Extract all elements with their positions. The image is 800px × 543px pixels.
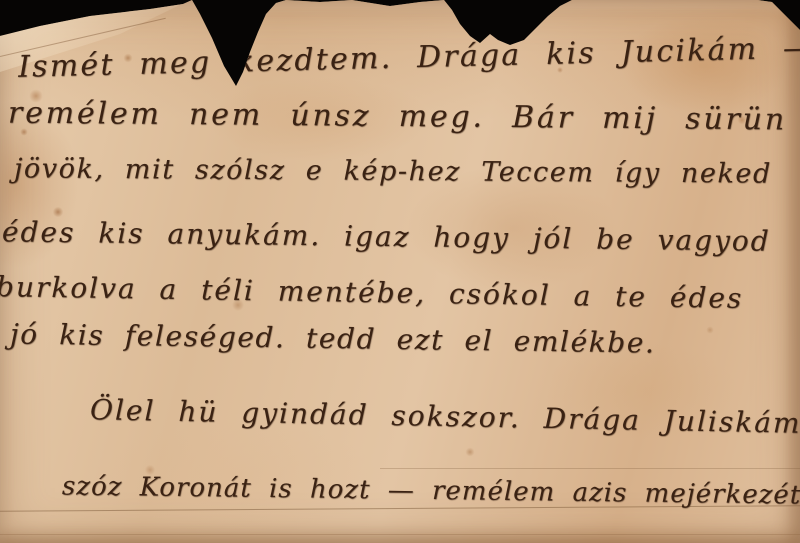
- handwritten-line-2: remélem nem únsz meg. Bár mij sürün: [8, 96, 787, 138]
- ruled-line-upper: [380, 468, 800, 469]
- handwritten-line-1: Ismét meg kezdtem. Drága kis Jucikám —.: [18, 30, 800, 85]
- handwritten-line-3: jövök, mit szólsz e kép-hez Teccem így n…: [14, 153, 772, 189]
- handwritten-line-6: jó kis feleséged. tedd ezt el emlékbe.: [10, 317, 656, 359]
- bottom-edge-line: [0, 534, 800, 535]
- aged-paper: Ismét meg kezdtem. Drága kis Jucikám —. …: [0, 0, 800, 543]
- postcard-scan: Ismét meg kezdtem. Drága kis Jucikám —. …: [0, 0, 800, 543]
- handwritten-line-7: Ölel hü gyindád sokszor. Drága Juliskám: [90, 393, 800, 440]
- handwritten-line-5: burkolva a téli mentébe, csókol a te éde…: [0, 270, 744, 315]
- handwritten-line-8: szóz Koronát is hozt — remélem azis mejé…: [62, 471, 800, 510]
- handwritten-line-4: édes kis anyukám. igaz hogy jól be vagyo…: [2, 215, 771, 257]
